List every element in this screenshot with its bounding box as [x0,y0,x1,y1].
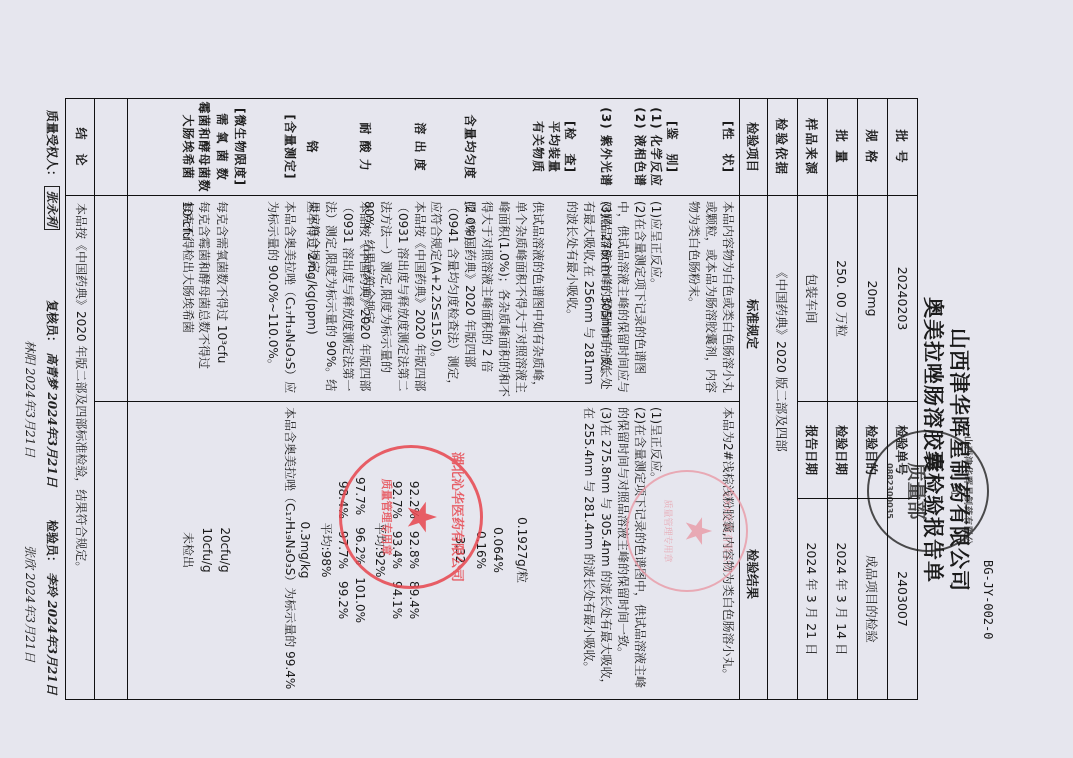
red-stamp-dept: 质量管理专用章 [379,448,395,586]
test-standard: 应不得过 2mg/kg(ppm) [303,201,320,397]
test-date-value: 2024 年 3 月 14 日 [828,499,858,700]
test-standard: 每克不得检出大肠埃希菌 [179,201,196,397]
test-item-label: 需 氧 菌 数 [213,101,230,193]
test-item-label: (2) 液相色谱 [631,101,648,193]
inspector-signature: 李玲 2024年3月21日 [45,572,59,695]
reviewer-signature-2: 林阳 2024年3月21日 [22,340,39,457]
test-result: (3)在 275.8nm 与 305.4nm 的波长处有最大吸收，在 255.4… [580,407,614,693]
batch-no-value: 20240203 [888,196,918,402]
result-column-divider [94,401,740,402]
test-item-label: 大肠埃希菌 [179,101,196,193]
report-no-value: 2403007 [888,499,918,700]
test-item-label: [检 查] [561,101,578,193]
report-info-table: 批 号 20240203 检验单号 2403007 规 格 20mg 检验目的 … [767,98,918,700]
test-item-label: 溶 出 度 [411,101,428,193]
test-result: 0.1927g/粒 [513,407,530,693]
red-stamp-company: 湖北沁华医药有限公司 [449,448,468,586]
purpose-label: 检验目的 [858,402,888,499]
spec-value: 20mg [858,196,888,402]
test-item-label: (3) 紫外光谱 [597,101,614,193]
results-table: 检验项目 标准规定 检验结果 [性 状]本品内容物为白色或类白色肠溶小丸或颗粒，… [65,98,768,700]
microbial-bottom-divider [127,99,128,699]
reviewer-label: 复核员： [45,300,59,348]
test-item-label: [含量测定] [281,101,298,193]
quantity-label: 批 量 [828,99,858,196]
pink-stamp-company: 龙XX医药有限公司 [721,472,736,590]
report-date-value: 2024 年 3 月 21 日 [798,499,828,700]
spec-label: 规 格 [858,99,888,196]
star-icon: ★ [679,472,715,590]
authorized-person: 质量受权人： 张永利 [44,110,61,230]
test-standard: 本品含奥美拉唑（C₁₇H₁₉N₃O₃S）应为标示量的 90.0%~110.0%。 [264,201,298,397]
test-result: 10cfu/g [198,407,215,693]
batch-no-label: 批 号 [888,99,918,196]
test-item-label: (1) 化学反应 [647,101,664,193]
test-item-label: [性 状] [719,101,736,193]
test-result: 0.064% 0.16% [472,407,506,693]
test-result: 本品含奥美拉唑（C₁₇H₁₉N₃O₃S）为标示量的 99.4% [281,407,298,693]
test-result: 20cfu/g [216,407,233,693]
test-item-label: [鉴 别] [663,101,680,193]
inspection-report-page: BG-JY-002-0 山西津华晖星制药有限公司 奥美拉唑肠溶胶囊检验报告单 山… [0,0,1073,758]
test-standard: 照《中国药典》2020 年版四部（0941 含量均匀度检查法）测定，应符合规定(… [427,201,478,397]
test-standard: 本品内容物为白色或类白色肠溶小丸或颗粒，或本品为肠溶胶囊剂，内容物为类白色肠粉末… [685,201,736,397]
test-standard: 每克含需氧菌数不得过 10³cfu [213,201,230,397]
test-item-label: 有关物质 [529,101,546,193]
conclusion-label: 结 论 [72,99,89,195]
reviewer: 复核员： 高青梦 2024年3月21日 [44,300,61,487]
inspector-label: 检验员： [45,520,59,568]
pink-stamp-dept: 质量管理专用章 [662,472,675,590]
test-standard: (3)在 276nm 与 305nm 的波长处有最大吸收,在 256nm 与 2… [563,201,614,397]
star-icon: ★ [401,448,441,586]
conclusion-text: 本品按《中国药典》2020 年版二部及四部标准检验，结果符合规定。 [72,203,89,693]
purpose-value: 成品项目的检验 [858,499,888,700]
source-label: 样品来源 [798,99,828,196]
quantity-value: 250. 00 万粒 [828,196,858,402]
results-header-row: 检验项目 标准规定 检验结果 [739,99,768,699]
test-item-label: 耐 酸 力 [356,101,373,193]
test-item-label: 霉菌和酵母菌数 [195,101,212,193]
authorized-signature: 张永利 [44,186,60,230]
authorized-label: 质量受权人： [45,110,59,182]
inspector-signature-2: 张欣 2024年3月21日 [22,545,39,662]
report-no-label: 检验单号 [888,402,918,499]
inspector: 检验员： 李玲 2024年3月21日 [44,520,61,695]
test-item-label: [微生物限度] [231,101,248,193]
test-result: 未检出 [179,407,196,693]
basis-label: 检验依据 [768,99,798,196]
standard-column-header: 标准规定 [744,249,762,399]
basis-value: 《中国药典》2020 版二部及四部 [768,196,798,700]
test-date-label: 检验日期 [828,402,858,499]
pink-qa-stamp: 龙XX医药有限公司 ★ 质量管理专用章 [626,470,748,592]
test-item-label: 平均装量 [545,101,562,193]
red-qa-stamp: 湖北沁华医药有限公司 ★ 质量管理专用章 [339,445,483,589]
test-item-label: 含量均匀度 [461,101,478,193]
test-result: 0.3mg/kg [296,407,313,693]
test-standard: (1)应呈正反应。 [647,201,664,397]
conclusion-divider [94,99,95,699]
form-code: BG-JY-002-0 [981,560,995,639]
test-item-label: 铬 [303,101,320,193]
source-value: 包装车间 [798,196,828,402]
item-column-divider [66,195,768,196]
item-column-header: 检验项目 [744,105,762,189]
qa-stamp-company: 山西津华晖星制药有限公司 [949,432,975,550]
reviewer-signature: 高青梦 2024年3月21日 [45,352,59,487]
report-date-label: 报告日期 [798,402,828,499]
